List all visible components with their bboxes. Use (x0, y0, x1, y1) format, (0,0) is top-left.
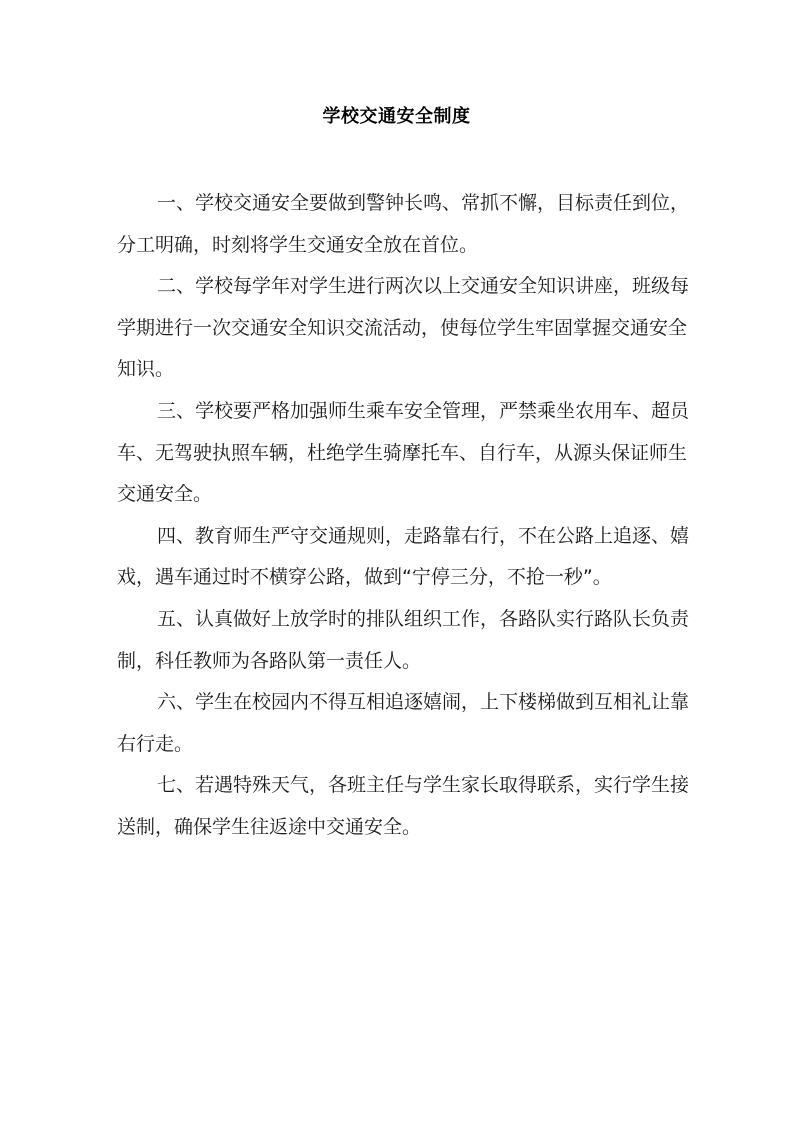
document-page: 学校交通安全制度 一、学校交通安全要做到警钟长鸣、常抓不懈，目标责任到位， 分工… (0, 0, 793, 1122)
paragraph-4: 四、教育师生严守交通规则，走路靠右行，不在公路上追逐、嬉 戏，遇车通过时不横穿公… (117, 523, 674, 606)
paragraph-2: 二、学校每学年对学生进行两次以上交通安全知识讲座，班级每 学期进行一次交通安全知… (117, 273, 674, 398)
paragraph-line: 二、学校每学年对学生进行两次以上交通安全知识讲座，班级每 (117, 273, 674, 315)
paragraph-line: 三、学校要严格加强师生乘车安全管理，严禁乘坐农用车、超员 (117, 398, 674, 440)
document-body: 一、学校交通安全要做到警钟长鸣、常抓不懈，目标责任到位， 分工明确，时刻将学生交… (117, 190, 674, 856)
paragraph-line: 送制，确保学生往返途中交通安全。 (117, 814, 674, 856)
paragraph-line: 知识。 (117, 356, 674, 398)
paragraph-line: 六、学生在校园内不得互相追逐嬉闹，上下楼梯做到互相礼让靠 (117, 689, 674, 731)
paragraph-line: 戏，遇车通过时不横穿公路，做到“宁停三分，不抢一秒”。 (117, 564, 674, 606)
paragraph-1: 一、学校交通安全要做到警钟长鸣、常抓不懈，目标责任到位， 分工明确，时刻将学生交… (117, 190, 674, 273)
paragraph-line: 七、若遇特殊天气，各班主任与学生家长取得联系，实行学生接 (117, 772, 674, 814)
paragraph-line: 一、学校交通安全要做到警钟长鸣、常抓不懈，目标责任到位， (117, 190, 674, 232)
paragraph-line: 分工明确，时刻将学生交通安全放在首位。 (117, 232, 674, 274)
document-title: 学校交通安全制度 (0, 105, 793, 129)
paragraph-7: 七、若遇特殊天气，各班主任与学生家长取得联系，实行学生接 送制，确保学生往返途中… (117, 772, 674, 855)
paragraph-line: 制，科任教师为各路队第一责任人。 (117, 648, 674, 690)
paragraph-line: 右行走。 (117, 731, 674, 773)
paragraph-line: 学期进行一次交通安全知识交流活动，使每位学生牢固掌握交通安全 (117, 315, 674, 357)
paragraph-line: 车、无驾驶执照车辆，杜绝学生骑摩托车、自行车，从源头保证师生 (117, 440, 674, 482)
paragraph-3: 三、学校要严格加强师生乘车安全管理，严禁乘坐农用车、超员 车、无驾驶执照车辆，杜… (117, 398, 674, 523)
paragraph-line: 交通安全。 (117, 481, 674, 523)
paragraph-5: 五、认真做好上放学时的排队组织工作，各路队实行路队长负责 制，科任教师为各路队第… (117, 606, 674, 689)
paragraph-line: 五、认真做好上放学时的排队组织工作，各路队实行路队长负责 (117, 606, 674, 648)
paragraph-line: 四、教育师生严守交通规则，走路靠右行，不在公路上追逐、嬉 (117, 523, 674, 565)
paragraph-6: 六、学生在校园内不得互相追逐嬉闹，上下楼梯做到互相礼让靠 右行走。 (117, 689, 674, 772)
